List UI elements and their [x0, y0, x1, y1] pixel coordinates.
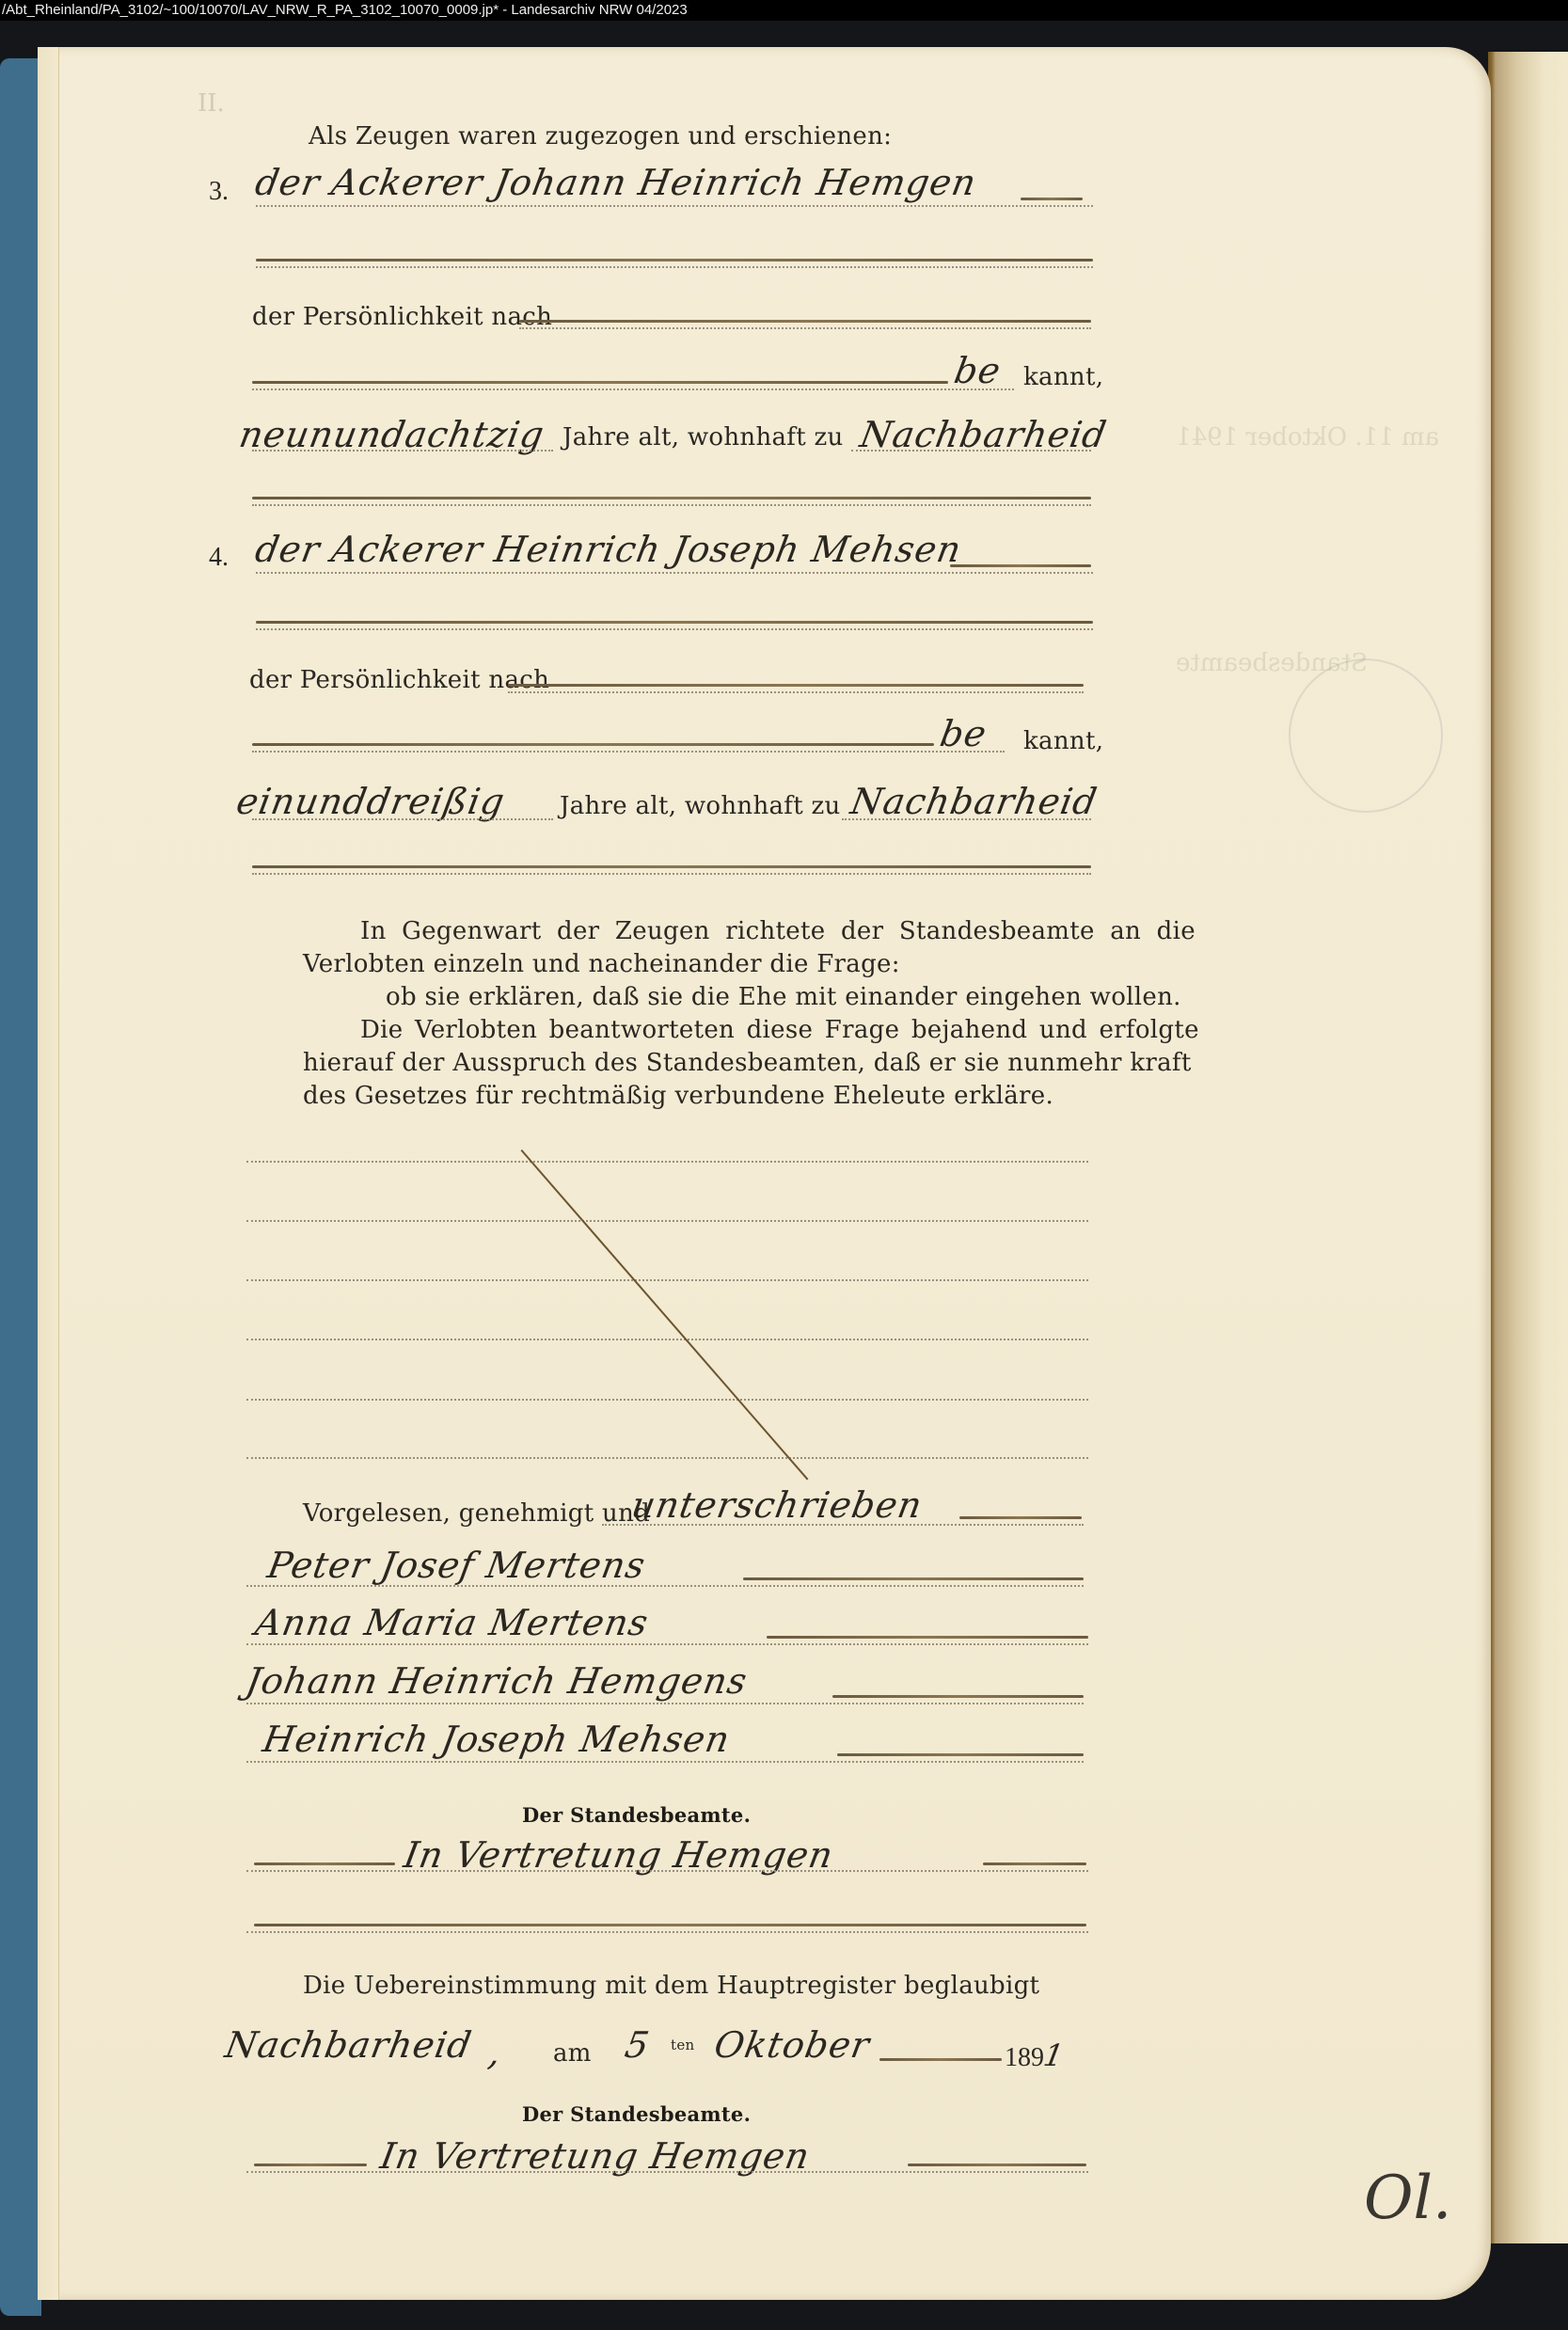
dotted-line	[519, 327, 1091, 329]
age-label: Jahre alt, wohnhaft zu	[562, 423, 844, 452]
known-label: kannt,	[1023, 363, 1103, 391]
marginal-note: Ol.	[1364, 2164, 1451, 2233]
year-prefix: 189	[1005, 2043, 1044, 2072]
blank-line	[246, 1399, 1088, 1401]
fill-rule	[743, 1577, 1084, 1580]
dotted-line	[246, 1870, 1088, 1872]
dotted-line	[602, 1524, 1084, 1526]
dotted-line	[256, 628, 1093, 630]
blank-line	[246, 1279, 1088, 1281]
dotted-line	[256, 205, 1093, 207]
fill-rule	[983, 1862, 1086, 1865]
dotted-line	[246, 1585, 1084, 1587]
witness-name: der Ackerer Johann Heinrich Hemgen	[252, 162, 980, 203]
fill-rule	[254, 2164, 367, 2166]
dotted-line	[246, 1643, 1088, 1645]
declaration-line: Verlobten einzeln und nacheinander die F…	[303, 950, 900, 978]
year-suffix: 1	[1041, 2037, 1068, 2073]
dotted-line	[851, 450, 1091, 452]
fill-rule	[908, 2164, 1086, 2166]
fill-rule	[832, 1695, 1084, 1698]
identity-label: der Persönlichkeit nach	[249, 666, 549, 694]
fill-rule	[508, 684, 1084, 687]
witness-name: der Ackerer Heinrich Joseph Mehsen	[252, 529, 965, 570]
fill-rule	[252, 865, 1091, 868]
signature: Anna Maria Mertens	[252, 1602, 652, 1643]
dotted-line	[246, 1703, 1084, 1704]
dotted-line	[246, 1931, 1088, 1933]
declaration-line: hierauf der Ausspruch des Standesbeamten…	[303, 1049, 1192, 1077]
dotted-line	[842, 818, 1091, 820]
document-page	[38, 47, 1491, 2300]
witness-number: 4.	[209, 543, 229, 573]
window-title-bar: /Abt_Rheinland/PA_3102/~100/10070/LAV_NR…	[0, 0, 1568, 21]
approval-value: unterschrieben	[628, 1484, 926, 1526]
stamp-bleedthrough-icon	[1289, 658, 1443, 813]
blank-line	[246, 1161, 1088, 1163]
witnesses-heading: Als Zeugen waren zugezogen und erschiene…	[309, 122, 892, 151]
known-prefix: be	[937, 713, 990, 754]
fill-rule	[879, 2058, 1002, 2061]
dotted-line	[252, 873, 1091, 875]
book-cover-edge	[0, 58, 41, 2316]
certification-place: Nachbarheid	[222, 2024, 475, 2066]
dotted-line	[252, 751, 1005, 753]
dotted-line	[252, 818, 553, 820]
dotted-line	[508, 691, 1084, 693]
witness-number: 3.	[209, 177, 229, 207]
age-value: einunddreißig	[233, 781, 508, 822]
fill-rule	[519, 320, 1091, 323]
page-fold	[38, 47, 59, 2300]
bleedthrough-text: am 11. Oktober 1941	[1176, 423, 1439, 452]
blank-line	[246, 1457, 1088, 1459]
fill-rule	[254, 1862, 395, 1865]
dotted-line	[246, 1761, 1084, 1763]
fill-rule	[959, 1516, 1082, 1519]
dotted-line	[252, 388, 1014, 390]
fill-rule	[252, 497, 1091, 499]
am-label: am	[553, 2039, 592, 2068]
fill-rule	[254, 1924, 1086, 1926]
page-mark: II.	[198, 89, 225, 118]
known-label: kannt,	[1023, 727, 1103, 755]
facing-page-edge	[1488, 52, 1568, 2243]
declaration-line: des Gesetzes für rechtmäßig verbundene E…	[303, 1082, 1053, 1110]
signature: Heinrich Joseph Mehsen	[260, 1719, 733, 1760]
known-prefix: be	[951, 350, 1005, 391]
dotted-line	[252, 504, 1091, 506]
window-title: /Abt_Rheinland/PA_3102/~100/10070/LAV_NR…	[2, 2, 688, 18]
registrar-label: Der Standesbeamte.	[522, 2102, 751, 2126]
dotted-line	[256, 572, 1093, 574]
residence: Nachbarheid	[847, 781, 1101, 822]
age-label: Jahre alt, wohnhaft zu	[560, 792, 841, 820]
fill-rule	[252, 381, 948, 384]
identity-label: der Persönlichkeit nach	[252, 303, 552, 331]
fill-rule	[767, 1636, 1088, 1639]
certification-year: 1891	[1005, 2037, 1064, 2073]
day-suffix: ten	[671, 2037, 694, 2053]
fill-rule	[256, 259, 1093, 262]
signature: Peter Josef Mertens	[264, 1545, 649, 1586]
declaration-line: Die Verlobten beantworteten diese Frage …	[360, 1016, 1199, 1044]
certification-month: Oktober	[711, 2024, 873, 2066]
registrar-label: Der Standesbeamte.	[522, 1803, 751, 1827]
certification-text: Die Uebereinstimmung mit dem Hauptregist…	[303, 1972, 1039, 2000]
dotted-line	[252, 450, 553, 452]
approval-label: Vorgelesen, genehmigt und	[303, 1499, 650, 1528]
blank-line	[246, 1339, 1088, 1340]
declaration-line: ob sie erklären, daß sie die Ehe mit ein…	[386, 983, 1181, 1011]
dotted-line	[256, 266, 1093, 268]
dotted-line	[246, 2171, 1088, 2173]
fill-rule	[252, 743, 934, 746]
fill-rule	[950, 564, 1091, 567]
blank-line	[246, 1220, 1088, 1222]
fill-rule	[256, 621, 1093, 624]
declaration-line: In Gegenwart der Zeugen richtete der Sta…	[360, 917, 1196, 945]
signature: Johann Heinrich Hemgens	[243, 1660, 751, 1702]
fill-rule	[1021, 198, 1083, 200]
fill-rule	[837, 1753, 1084, 1756]
